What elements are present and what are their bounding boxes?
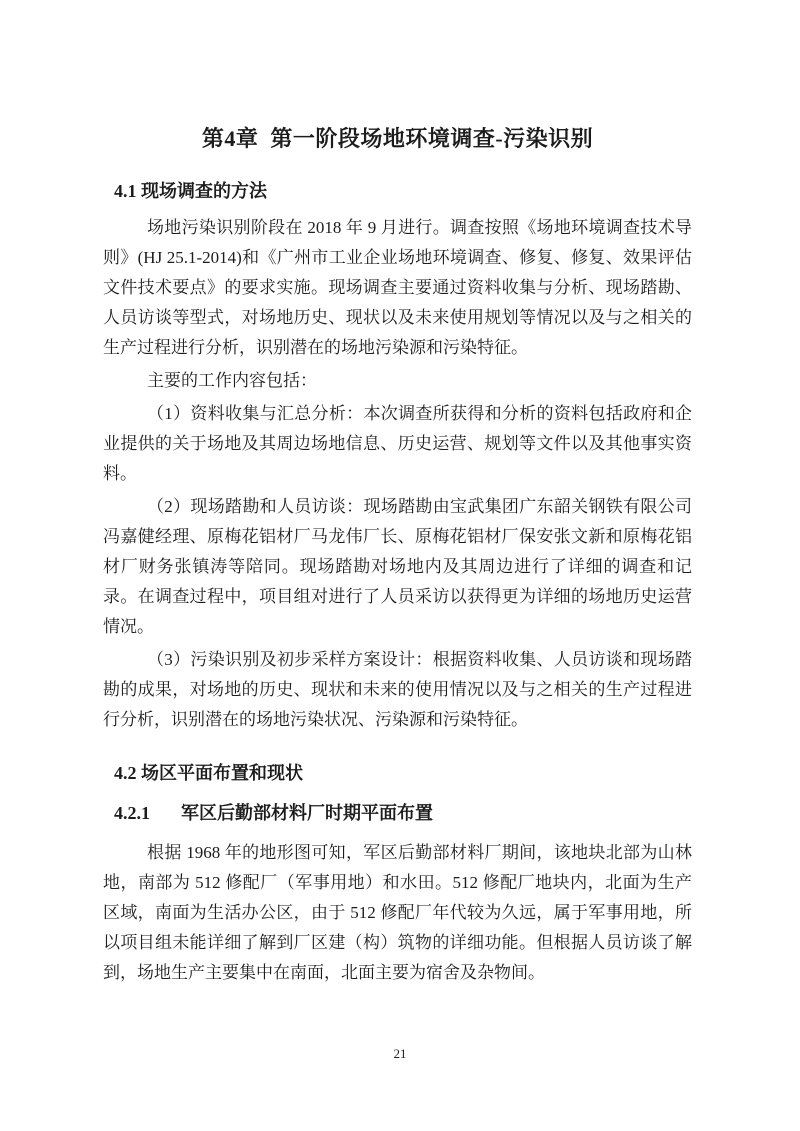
section-heading-4-1: 4.1 现场调查的方法 — [103, 179, 692, 203]
page-number: 21 — [0, 1046, 800, 1062]
paragraph-work-content-lead: 主要的工作内容包括： — [103, 366, 692, 396]
subsection-number: 4.2.1 — [114, 801, 150, 825]
paragraph-item-3-pollution-identification: （3）污染识别及初步采样方案设计：根据资料收集、人员访谈和现场踏勘的成果，对场地… — [103, 645, 692, 735]
subsection-heading-4-2-1: 4.2.1军区后勤部材料厂时期平面布置 — [103, 801, 692, 825]
section-heading-4-2: 4.2 场区平面布置和现状 — [103, 761, 692, 785]
subsection-title-text: 军区后勤部材料厂时期平面布置 — [181, 803, 433, 823]
page-content: 第4章 第一阶段场地环境调查-污染识别 4.1 现场调查的方法 场地污染识别阶段… — [103, 0, 692, 991]
chapter-title: 第4章 第一阶段场地环境调查-污染识别 — [103, 0, 692, 153]
document-page: 第4章 第一阶段场地环境调查-污染识别 4.1 现场调查的方法 场地污染识别阶段… — [0, 0, 800, 1131]
paragraph-item-2-site-reconnaissance: （2）现场踏勘和人员访谈：现场踏勘由宝武集团广东韶关钢铁有限公司冯嘉健经理、原梅… — [103, 492, 692, 642]
paragraph-1968-topographic-map: 根据 1968 年的地形图可知，军区后勤部材料厂期间，该地块北部为山林地，南部为… — [103, 838, 692, 988]
paragraph-survey-stage-intro: 场地污染识别阶段在 2018 年 9 月进行。调查按照《场地环境调查技术导则》(… — [103, 213, 692, 363]
paragraph-item-1-data-collection: （1）资料收集与汇总分析：本次调查所获得和分析的资料包括政府和企业提供的关于场地… — [103, 399, 692, 489]
section-4-1-body: 场地污染识别阶段在 2018 年 9 月进行。调查按照《场地环境调查技术导则》(… — [103, 213, 692, 735]
